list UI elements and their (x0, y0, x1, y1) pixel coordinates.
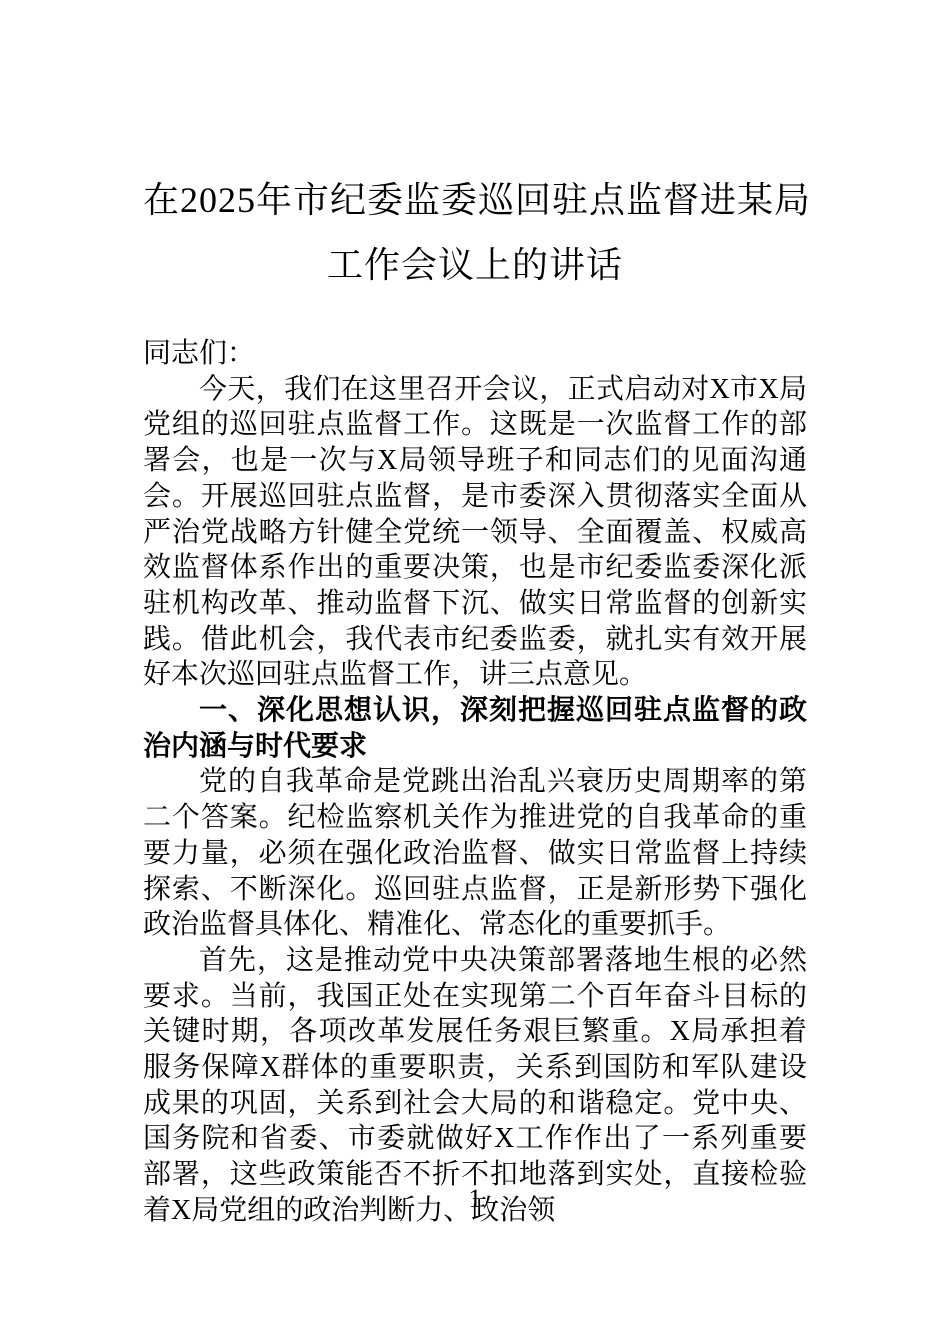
title-line: 在2025年市纪委监委巡回驻点监督进某局 (143, 168, 807, 233)
title-line: 工作会议上的讲话 (143, 233, 807, 298)
section-heading: 一、深化思想认识，深刻把握巡回驻点监督的政治内涵与时代要求 (143, 693, 807, 764)
document-body: 同志们：今天，我们在这里召开会议，正式启动对X市X局党组的巡回驻点监督工作。这既… (143, 336, 807, 1229)
document-page: 在2025年市纪委监委巡回驻点监督进某局工作会议上的讲话 同志们：今天，我们在这… (0, 0, 950, 1344)
page-number: 1 (143, 1184, 807, 1214)
document-title: 在2025年市纪委监委巡回驻点监督进某局工作会议上的讲话 (143, 168, 807, 298)
salutation: 同志们： (143, 336, 807, 372)
body-paragraph: 党的自我革命是党跳出治乱兴衰历史周期率的第二个答案。纪检监察机关作为推进党的自我… (143, 764, 807, 943)
body-paragraph: 今天，我们在这里召开会议，正式启动对X市X局党组的巡回驻点监督工作。这既是一次监… (143, 372, 807, 693)
